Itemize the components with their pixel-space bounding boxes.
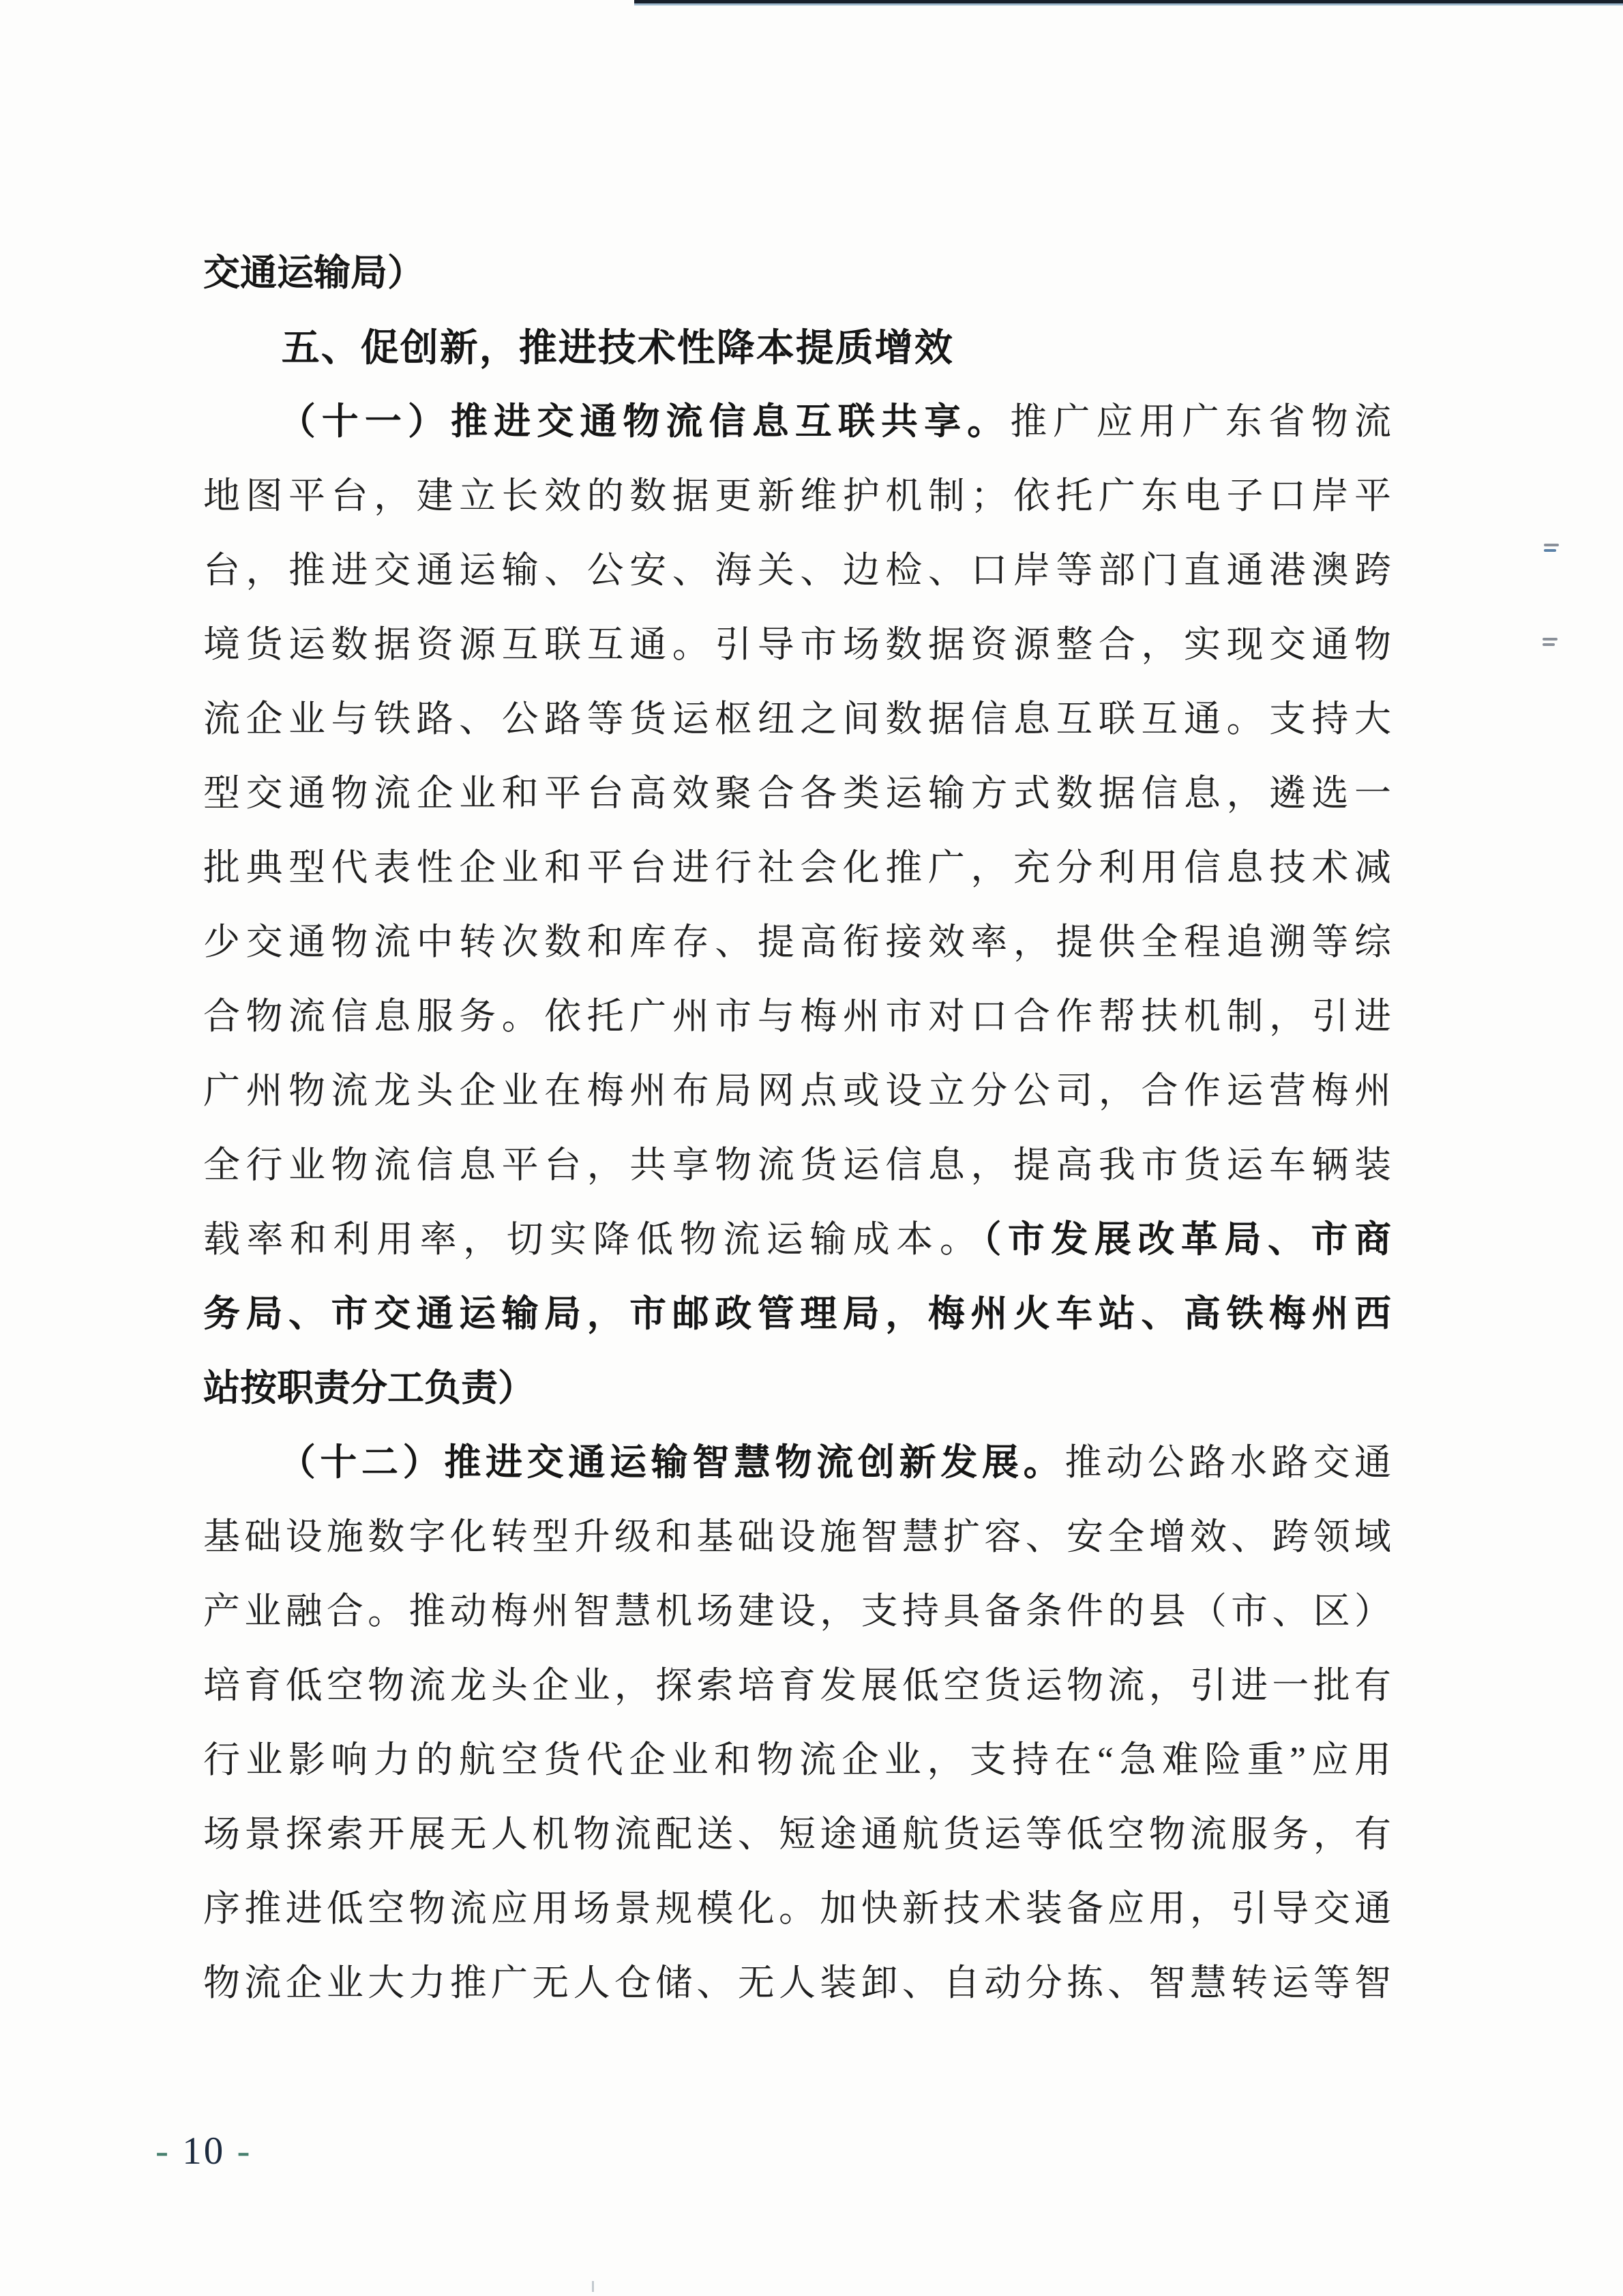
text-line: 物流企业大力推广无人仓储、无人装卸、自动分拣、智慧转运等智 [203,1946,1391,2020]
text-line: 广州物流龙头企业在梅州布局网点或设立分公司，合作运营梅州 [203,1054,1391,1128]
text-segment: 流企业与铁路、公路等货运枢纽之间数据信息互联互通。支持大 [203,698,1391,739]
footer-dash-right: - [237,2130,252,2173]
section-heading: 五、促创新，推进技术性降本提质增效 [203,310,1391,385]
text-segment: 务局、市交通运输局，市邮政管理局，梅州火车站、高铁梅州西 [203,1293,1391,1334]
text-line: 地图平台，建立长效的数据更新维护机制；依托广东电子口岸平 [203,459,1391,533]
text-segment: 全行业物流信息平台，共享物流货运信息，提高我市货运车辆装 [203,1145,1391,1186]
footer-page-number: 10 [182,2130,225,2173]
smudge-stroke [1544,544,1559,546]
smudge-stroke [1544,549,1556,552]
text-line: 务局、市交通运输局，市邮政管理局，梅州火车站、高铁梅州西 [203,1277,1391,1351]
text-segment: 行业影响力的航空货代企业和物流企业，支持在“急难险重”应用 [203,1739,1391,1780]
text-line: 少交通物流中转次数和库存、提高衔接效率，提供全程追溯等综 [203,905,1391,980]
text-segment: 地图平台，建立长效的数据更新维护机制；依托广东电子口岸平 [203,475,1391,516]
scan-bottom-tick [592,2281,594,2292]
text-line: 序推进低空物流应用场景规模化。加快新技术装备应用，引导交通 [203,1872,1391,1946]
page-number-footer: - 10 - [155,2130,252,2173]
smudge-stroke [1543,638,1558,641]
text-segment: 推动公路水路交通 [1064,1442,1391,1483]
text-segment: 少交通物流中转次数和库存、提高衔接效率，提供全程追溯等综 [203,922,1391,962]
text-segment: 五、促创新，推进技术性降本提质增效 [282,326,954,369]
text-line: 合物流信息服务。依托广州市与梅州市对口合作帮扶机制，引进 [203,980,1391,1054]
text-segment: 台，推进交通运输、公安、海关、边检、口岸等部门直通港澳跨 [203,550,1391,591]
text-block: 交通运输局）五、促创新，推进技术性降本提质增效（十一）推进交通物流信息互联共享。… [203,236,1391,2020]
scanned-document-page: 交通运输局）五、促创新，推进技术性降本提质增效（十一）推进交通物流信息互联共享。… [0,0,1623,2296]
text-segment: 培育低空物流龙头企业，探索培育发展低空货运物流，引进一批有 [203,1665,1391,1706]
text-segment: 基础设施数字化转型升级和基础设施智慧扩容、安全增效、跨领域 [203,1516,1391,1557]
text-line: （十二）推进交通运输智慧物流创新发展。推动公路水路交通 [203,1426,1391,1500]
text-line: 全行业物流信息平台，共享物流货运信息，提高我市货运车辆装 [203,1128,1391,1203]
scan-smudge-mark [1543,636,1560,649]
text-segment: 载率和利用率，切实降低物流运输成本。 [203,1219,983,1260]
text-line: 交通运输局） [203,236,1391,310]
text-segment: 物流企业大力推广无人仓储、无人装卸、自动分拣、智慧转运等智 [203,1962,1391,2003]
text-segment: 产业融合。推动梅州智慧机场建设，支持具备条件的县（市、区） [203,1591,1391,1632]
scan-smudge-mark [1544,542,1562,555]
text-line: 培育低空物流龙头企业，探索培育发展低空货运物流，引进一批有 [203,1649,1391,1723]
text-segment: 交通运输局） [203,252,424,293]
text-line: 基础设施数字化转型升级和基础设施智慧扩容、安全增效、跨领域 [203,1500,1391,1574]
text-line: 台，推进交通运输、公安、海关、边检、口岸等部门直通港澳跨 [203,533,1391,608]
smudge-stroke [1543,643,1555,646]
text-segment: 推广应用广东省物流 [1010,401,1391,442]
text-line: 流企业与铁路、公路等货运枢纽之间数据信息互联互通。支持大 [203,682,1391,756]
text-segment: 合物流信息服务。依托广州市与梅州市对口合作帮扶机制，引进 [203,996,1391,1037]
text-segment: 序推进低空物流应用场景规模化。加快新技术装备应用，引导交通 [203,1888,1391,1929]
text-segment: 型交通物流企业和平台高效聚合各类运输方式数据信息，遴选一 [203,773,1391,814]
text-segment: 广州物流龙头企业在梅州布局网点或设立分公司，合作运营梅州 [203,1070,1391,1111]
text-line: 场景探索开展无人机物流配送、短途通航货运等低空物流服务，有 [203,1797,1391,1872]
text-line: 行业影响力的航空货代企业和物流企业，支持在“急难险重”应用 [203,1723,1391,1797]
text-line: 批典型代表性企业和平台进行社会化推广，充分利用信息技术减 [203,831,1391,905]
text-line: 型交通物流企业和平台高效聚合各类运输方式数据信息，遴选一 [203,756,1391,831]
text-segment: （十一）推进交通物流信息互联共享。 [279,401,1011,442]
text-segment: 批典型代表性企业和平台进行社会化推广，充分利用信息技术减 [203,847,1391,888]
text-line: 站按职责分工负责） [203,1351,1391,1426]
text-line: 境货运数据资源互联互通。引导市场数据资源整合，实现交通物 [203,608,1391,682]
footer-dash-left: - [155,2130,170,2173]
text-segment: （市发展改革局、市商 [983,1219,1391,1260]
text-segment: 站按职责分工负责） [203,1368,535,1409]
text-segment: 场景探索开展无人机物流配送、短途通航货运等低空物流服务，有 [203,1814,1391,1855]
text-line: 载率和利用率，切实降低物流运输成本。（市发展改革局、市商 [203,1203,1391,1277]
text-line: （十一）推进交通物流信息互联共享。推广应用广东省物流 [203,385,1391,459]
text-segment: （十二）推进交通运输智慧物流创新发展。 [279,1442,1065,1483]
text-line: 产业融合。推动梅州智慧机场建设，支持具备条件的县（市、区） [203,1574,1391,1649]
text-segment: 境货运数据资源互联互通。引导市场数据资源整合，实现交通物 [203,624,1391,665]
scan-edge-bar [634,0,1623,5]
